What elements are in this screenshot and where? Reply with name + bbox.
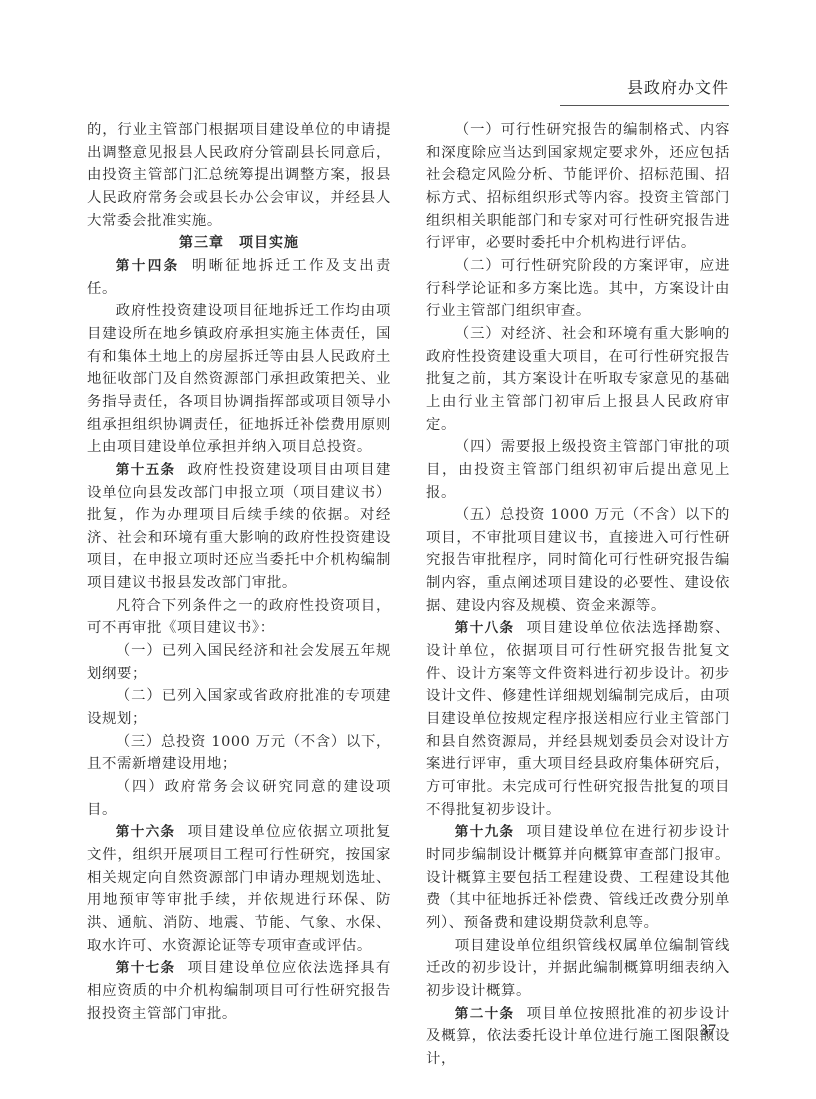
list-item: （二）已列入国家或省政府批准的专项建设规划； [87, 685, 391, 730]
article-text: 项目建设单位依法选择勘察、设计单位，依据项目可行性研究报告批复文件、设计方案等文… [426, 620, 730, 817]
article-title: 第十五条 [116, 462, 176, 478]
page-number: 37 [700, 1022, 716, 1040]
article-17: 第十七条项目建设单位应依法选择具有相应资质的中介机构编制项目可行性研究报告报投资… [87, 957, 391, 1025]
list-item: （四）需要报上级投资主管部门审批的项目，由投资主管部门组织初审后提出意见上报。 [426, 436, 730, 504]
right-column: （一）可行性研究报告的编制格式、内容和深度除应当达到国家规定要求外，还应包括社会… [426, 119, 730, 1071]
list-item: （一）已列入国民经济和社会发展五年规划纲要； [87, 640, 391, 685]
article-16: 第十六条项目建设单位应依据立项批复文件，组织开展项目工程可行性研究，按国家相关规… [87, 821, 391, 957]
paragraph: 项目建设单位组织管线权属单位编制管线迁改的初步设计，并据此编制概算明细表纳入初步… [426, 935, 730, 1003]
article-20: 第二十条项目单位按照批准的初步设计及概算，依法委托设计单位进行施工图限额设计， [426, 1003, 730, 1071]
paragraph: 政府性投资建设项目征地拆迁工作均由项目建设所在地乡镇政府承担实施主体责任，国有和… [87, 300, 391, 459]
article-14: 第十四条明晰征地拆迁工作及支出责任。 [87, 255, 391, 300]
article-18: 第十八条项目建设单位依法选择勘察、设计单位，依据项目可行性研究报告批复文件、设计… [426, 617, 730, 821]
article-text: 政府性投资建设项目由项目建设单位向县发改部门申报立项（项目建议书）批复，作为办理… [87, 462, 391, 591]
article-title: 第十四条 [116, 258, 180, 274]
list-item: （一）可行性研究报告的编制格式、内容和深度除应当达到国家规定要求外，还应包括社会… [426, 119, 730, 255]
article-text: 项目建设单位应依据立项批复文件，组织开展项目工程可行性研究，按国家相关规定向自然… [87, 824, 391, 953]
list-item: （三）对经济、社会和环境有重大影响的政府性投资建设重大项目，在可行性研究报告批复… [426, 323, 730, 436]
list-item: （四）政府常务会议研究同意的建设项目。 [87, 776, 391, 821]
article-title: 第十八条 [455, 620, 515, 636]
article-15: 第十五条政府性投资建设项目由项目建设单位向县发改部门申报立项（项目建议书）批复，… [87, 459, 391, 595]
article-text: 项目建设单位在进行初步设计时同步编制设计概算并向概算审查部门报审。设计概算主要包… [426, 824, 730, 931]
article-19: 第十九条项目建设单位在进行初步设计时同步编制设计概算并向概算审查部门报审。设计概… [426, 821, 730, 934]
article-title: 第二十条 [455, 1006, 515, 1022]
chapter-heading: 第三章 项目实施 [87, 232, 391, 255]
article-title: 第十七条 [116, 960, 176, 976]
article-title: 第十六条 [116, 824, 176, 840]
paragraph: 凡符合下列条件之一的政府性投资项目，可不再审批《项目建议书》： [87, 595, 391, 640]
paragraph: 的，行业主管部门根据项目建设单位的申请提出调整意见报县人民政府分管副县长同意后，… [87, 119, 391, 232]
list-item: （五）总投资 1000 万元（不含）以下的项目，不审批项目建议书，直接进入可行性… [426, 504, 730, 617]
left-column: 的，行业主管部门根据项目建设单位的申请提出调整意见报县人民政府分管副县长同意后，… [87, 119, 391, 1025]
list-item: （三）总投资 1000 万元（不含）以下，且不需新增建设用地； [87, 731, 391, 776]
list-item: （二）可行性研究阶段的方案评审，应进行科学论证和多方案比选。其中，方案设计由行业… [426, 255, 730, 323]
article-title: 第十九条 [455, 824, 515, 840]
header-title: 县政府办文件 [627, 78, 729, 97]
running-header: 县政府办文件 [560, 76, 729, 106]
